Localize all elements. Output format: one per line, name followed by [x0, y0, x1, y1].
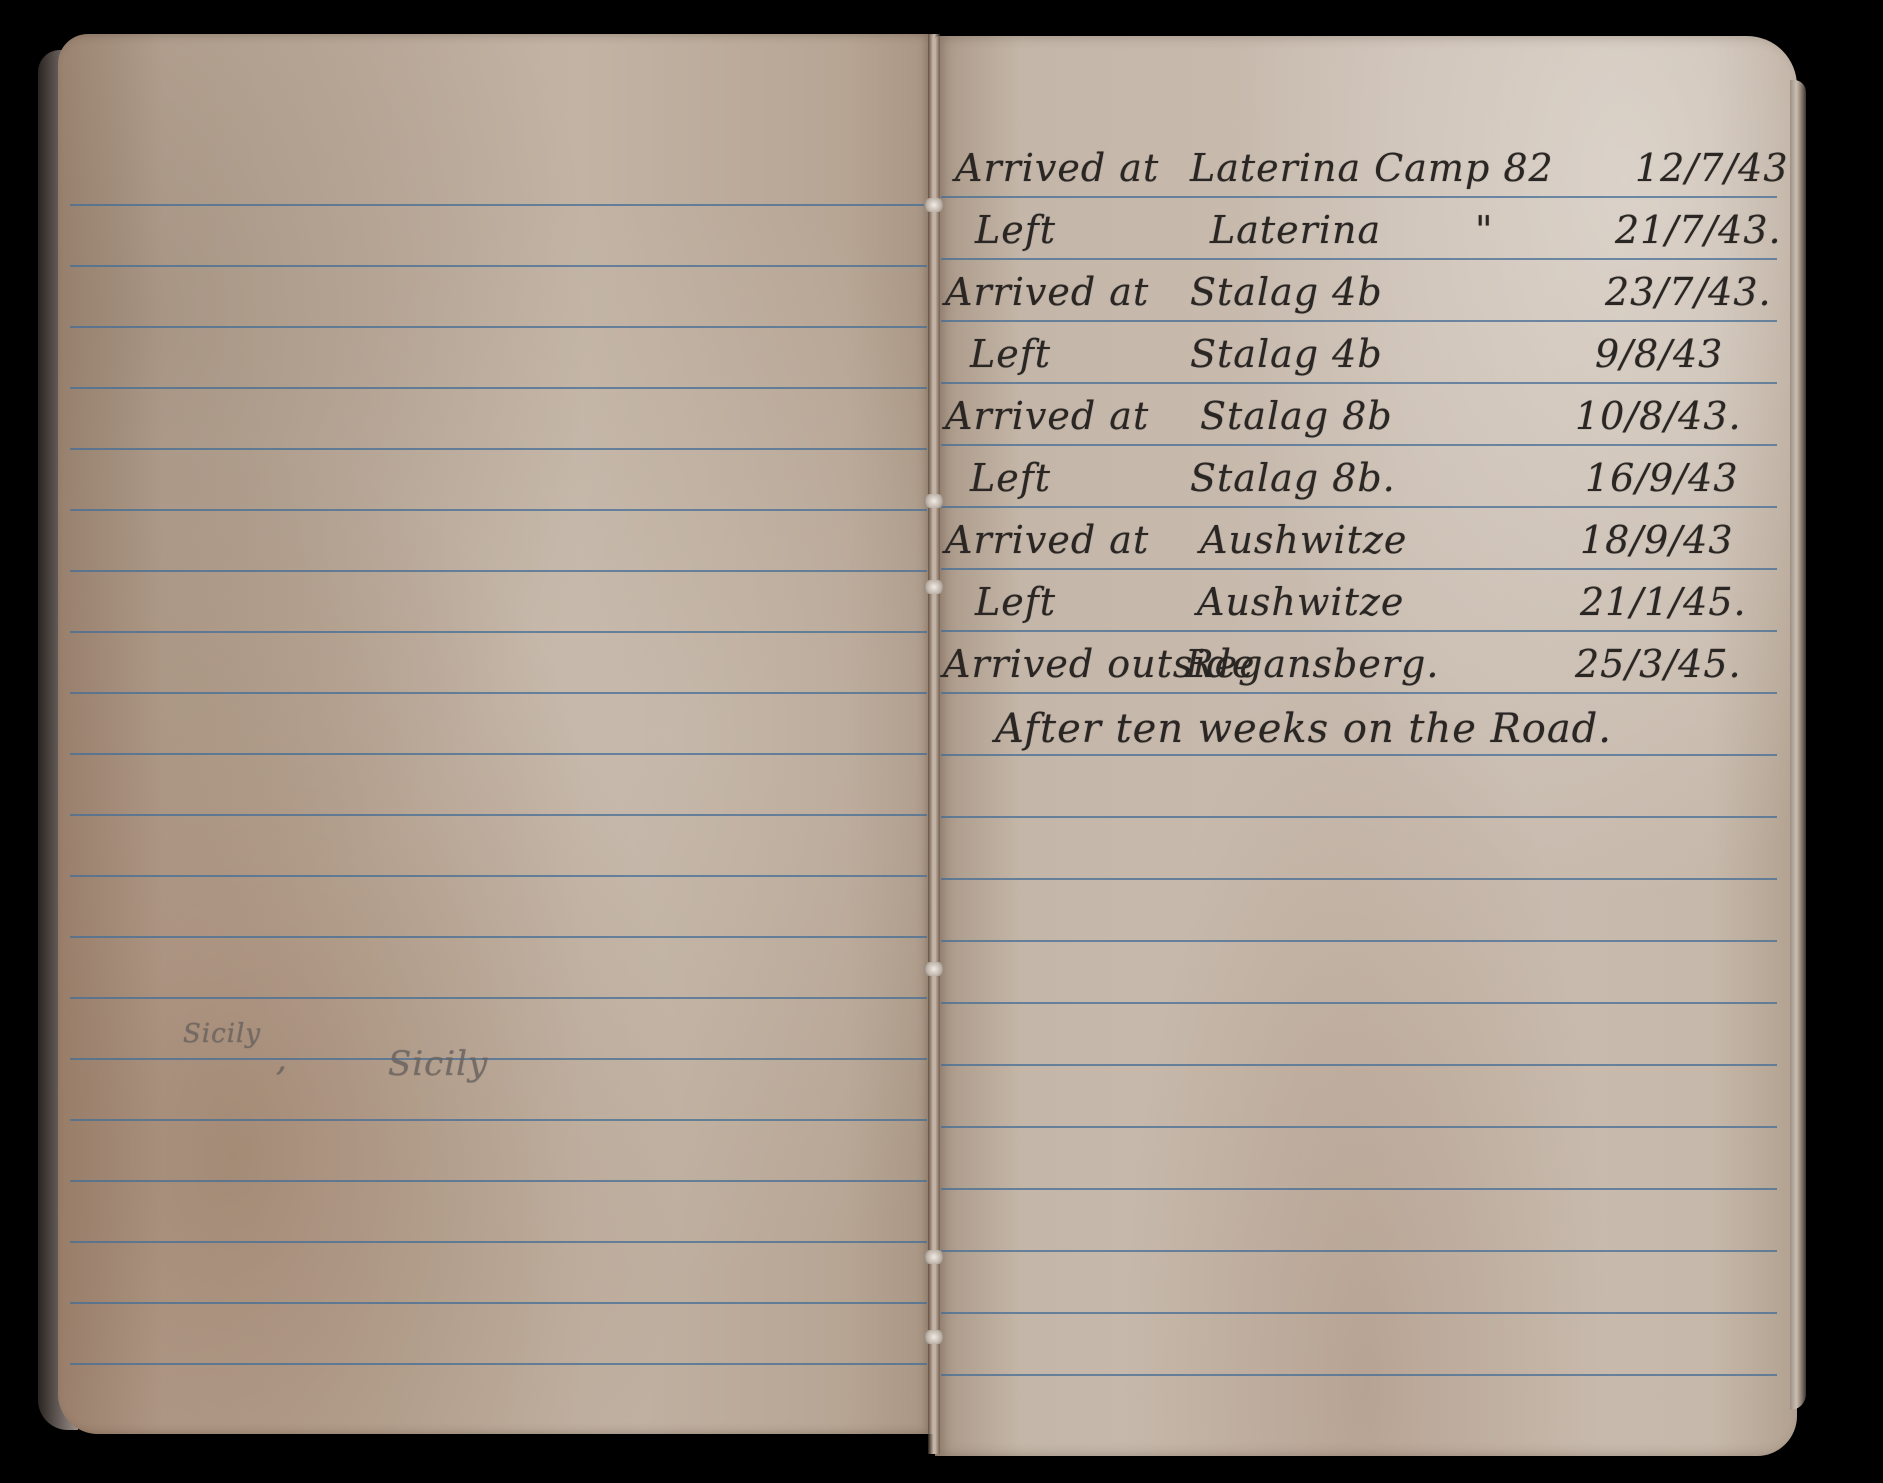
rule-line [941, 1064, 1777, 1066]
handwritten-note: Sicily [388, 1044, 488, 1084]
entry-action: Arrived at [945, 270, 1149, 314]
rule-line [941, 1126, 1777, 1128]
left-page: Sicily , Sicily [58, 34, 933, 1434]
handwritten-comma: , [276, 1039, 288, 1079]
right-page: Arrived at Laterina Camp 82 12/7/43 Left… [935, 36, 1797, 1456]
entry-place: Stalag 8b. [1190, 456, 1396, 500]
rule-line [70, 936, 927, 938]
diary-entry: Left Stalag 4b 9/8/43 [935, 332, 1797, 392]
entry-action: Left [975, 208, 1056, 252]
page-stack-edge [1790, 80, 1806, 1410]
rule-line [70, 326, 927, 328]
diary-entry: Arrived at Aushwitze 18/9/43 [935, 518, 1797, 578]
diary-entry: Left Aushwitze 21/1/45. [935, 580, 1797, 640]
entry-date: 9/8/43 [1595, 332, 1723, 376]
rule-line [70, 692, 927, 694]
rule-line [941, 878, 1777, 880]
rule-line [70, 570, 927, 572]
binding-stitch [924, 1330, 944, 1344]
handwritten-note: Sicily [183, 1019, 261, 1049]
open-notebook: Sicily , Sicily Arrived at Laterina Camp… [0, 0, 1883, 1483]
entry-action: Left [975, 580, 1056, 624]
rule-line [941, 1188, 1777, 1190]
entry-action: Left [970, 332, 1051, 376]
diary-entry: Arrived at Stalag 8b 10/8/43. [935, 394, 1797, 454]
entry-place: Stalag 8b [1200, 394, 1393, 438]
entry-place: Stalag 4b [1190, 332, 1383, 376]
entry-action: Arrived at [955, 146, 1159, 190]
rule-line [70, 265, 927, 267]
entry-date: 25/3/45. [1575, 642, 1742, 686]
rule-line [70, 1180, 927, 1182]
diary-entry: Arrived at Stalag 4b 23/7/43. [935, 270, 1797, 330]
rule-line [70, 1058, 927, 1060]
diary-entry: Left Laterina " 21/7/43. [935, 208, 1797, 268]
rule-line [941, 1312, 1777, 1314]
rule-line [70, 387, 927, 389]
rule-line [941, 940, 1777, 942]
rule-line [70, 1241, 927, 1243]
entry-ditto-mark: " [1475, 208, 1493, 252]
entry-place: Aushwitze [1200, 518, 1407, 562]
rule-line [70, 1363, 927, 1365]
entry-action: Arrived at [945, 518, 1149, 562]
rule-line [941, 754, 1777, 756]
rule-line [70, 631, 927, 633]
binding-stitch [924, 1250, 944, 1264]
rule-line [70, 204, 927, 206]
entry-date: 18/9/43 [1580, 518, 1734, 562]
rule-line [941, 1250, 1777, 1252]
entry-date: 10/8/43. [1575, 394, 1742, 438]
closing-note: After ten weeks on the Road. [995, 706, 1612, 752]
rule-line [941, 816, 1777, 818]
rule-line [70, 875, 927, 877]
binding-stitch [924, 580, 944, 594]
diary-entry: Arrived outside Regansberg. 25/3/45. [935, 642, 1797, 702]
diary-entry: Left Stalag 8b. 16/9/43 [935, 456, 1797, 516]
entry-place: Laterina Camp 82 [1190, 146, 1554, 190]
binding-stitch [924, 494, 944, 508]
entry-date: 23/7/43. [1605, 270, 1772, 314]
entry-place: Laterina [1210, 208, 1381, 252]
notebook-gutter [928, 34, 940, 1454]
entry-action: Arrived at [945, 394, 1149, 438]
entry-date: 16/9/43 [1585, 456, 1739, 500]
binding-stitch [924, 198, 944, 212]
rule-line [941, 1002, 1777, 1004]
entry-place: Regansberg. [1185, 642, 1439, 686]
entry-date: 21/1/45. [1580, 580, 1747, 624]
entry-place: Stalag 4b [1190, 270, 1383, 314]
rule-line [70, 997, 927, 999]
entry-date: 21/7/43. [1615, 208, 1782, 252]
entry-date: 12/7/43 [1635, 146, 1789, 190]
rule-line [70, 1119, 927, 1121]
rule-line [70, 509, 927, 511]
rule-line [70, 1302, 927, 1304]
rule-line [70, 814, 927, 816]
rule-line [941, 1374, 1777, 1376]
rule-line [70, 448, 927, 450]
entry-action: Left [970, 456, 1051, 500]
binding-stitch [924, 962, 944, 976]
entry-place: Aushwitze [1197, 580, 1404, 624]
diary-entry: Arrived at Laterina Camp 82 12/7/43 [935, 146, 1797, 206]
rule-line [70, 753, 927, 755]
